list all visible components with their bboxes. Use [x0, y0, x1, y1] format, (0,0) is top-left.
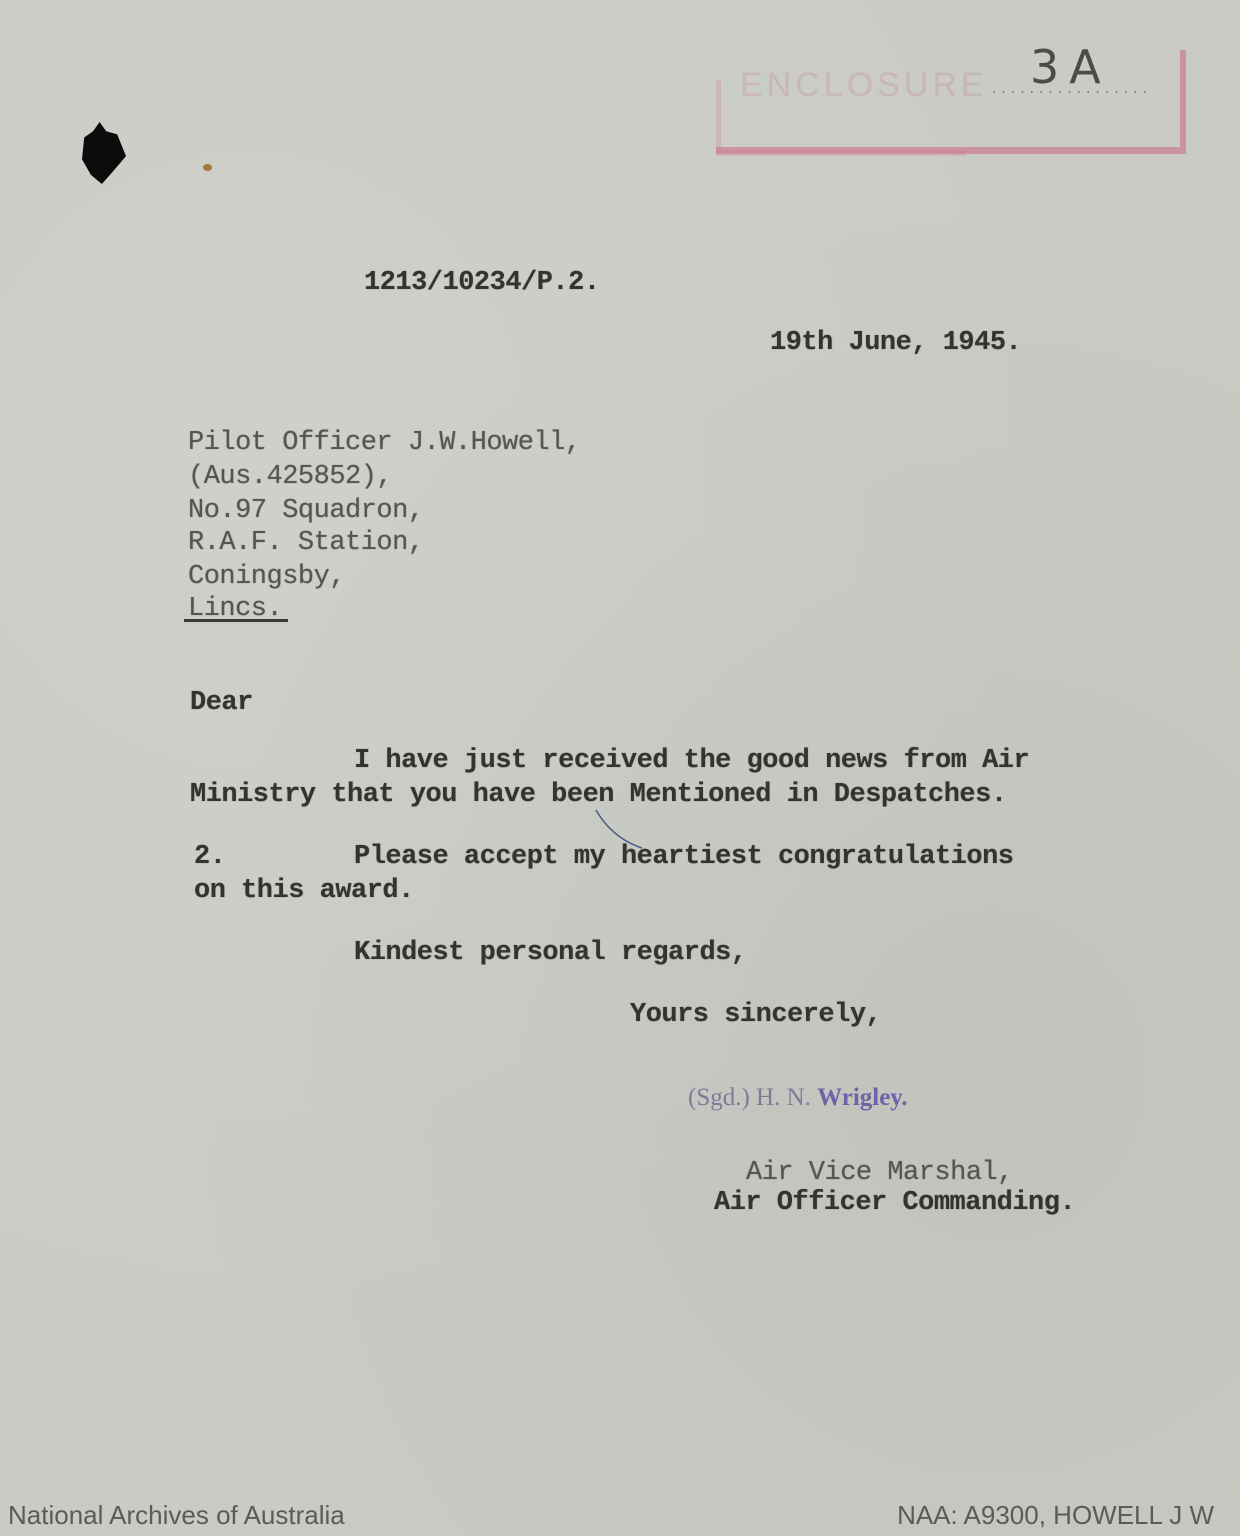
footer-archive-reference: NAA: A9300, HOWELL J W — [897, 1500, 1214, 1531]
paragraph-1-line-1: I have just received the good news from … — [354, 746, 1029, 776]
salutation: Dear — [190, 688, 253, 718]
reference-number: 1213/10234/P.2. — [364, 268, 600, 298]
paragraph-2-line-2: on this award. — [194, 876, 414, 906]
address-line-squadron: No.97 Squadron, — [188, 496, 424, 526]
footer-archive-name: National Archives of Australia — [8, 1500, 345, 1531]
signature: (Sgd.) H. N. Wrigley. — [688, 1084, 908, 1112]
address-line-station: R.A.F. Station, — [188, 528, 424, 558]
signature-prefix: (Sgd.) H. N. — [688, 1084, 811, 1111]
address-line-service-number: (Aus.425852), — [188, 462, 392, 492]
letter-date: 19th June, 1945. — [770, 328, 1021, 358]
enclosure-number: 3A — [1030, 40, 1111, 94]
address-underline — [184, 619, 288, 622]
paragraph-1-line-2: Ministry that you have been Mentioned in… — [190, 780, 1007, 810]
address-line-town: Coningsby, — [188, 562, 345, 592]
enclosure-stamp-label: ENCLOSURE — [740, 66, 988, 105]
rust-spot — [203, 164, 212, 171]
signatory-position: Air Officer Commanding. — [714, 1188, 1075, 1218]
address-line-name: Pilot Officer J.W.Howell, — [188, 428, 581, 458]
closing-sincerely: Yours sincerely, — [630, 1000, 881, 1030]
signatory-rank: Air Vice Marshal, — [746, 1158, 1013, 1188]
closing-regards: Kindest personal regards, — [354, 938, 747, 968]
paragraph-2-line-1: Please accept my heartiest congratulatio… — [354, 842, 1014, 872]
paragraph-2-number: 2. — [194, 842, 225, 872]
punch-hole — [82, 122, 126, 184]
signature-name: Wrigley. — [817, 1084, 908, 1111]
